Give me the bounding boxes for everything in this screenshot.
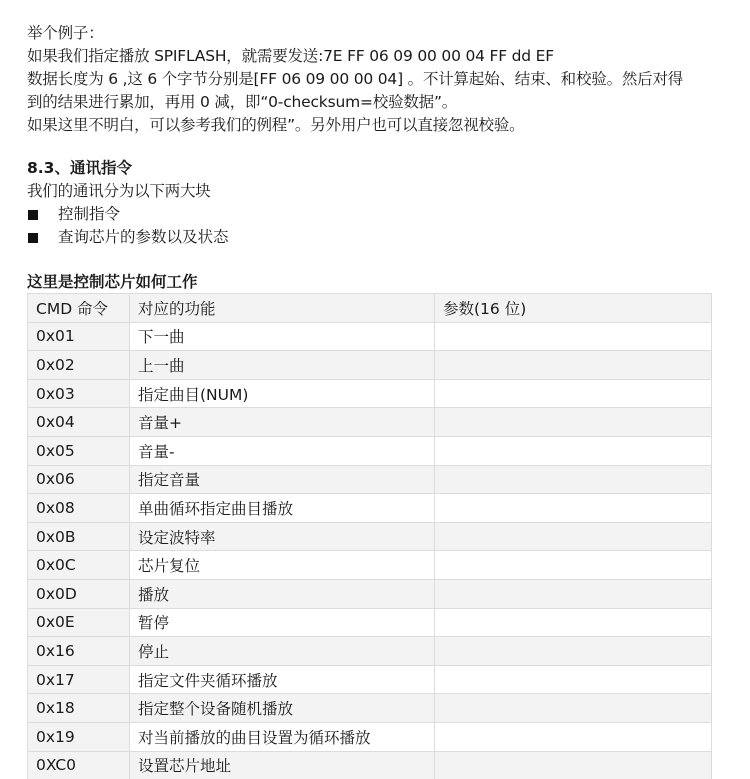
param-cell — [435, 665, 712, 694]
bullet-text: 控制指令 — [58, 203, 120, 226]
table-row: 0x01下一曲 — [28, 322, 712, 351]
table-row: 0x18指定整个设备随机播放 — [28, 694, 712, 723]
function-cell: 音量+ — [130, 408, 435, 437]
table-row: 0XC0设置芯片地址 — [28, 751, 712, 779]
param-cell — [435, 637, 712, 666]
bullet-item: 查询芯片的参数以及状态 — [27, 226, 737, 249]
table-row: 0x17指定文件夹循环播放 — [28, 665, 712, 694]
function-cell: 指定曲目(NUM) — [130, 379, 435, 408]
function-cell: 播放 — [130, 579, 435, 608]
function-cell: 指定整个设备随机播放 — [130, 694, 435, 723]
header-function: 对应的功能 — [130, 294, 435, 323]
param-cell — [435, 379, 712, 408]
function-cell: 下一曲 — [130, 322, 435, 351]
square-bullet-icon — [28, 210, 38, 220]
table-row: 0x0D播放 — [28, 579, 712, 608]
document-page: 举个例子： 如果我们指定播放 SPIFLASH，就需要发送:7E FF 06 0… — [27, 22, 737, 779]
cmd-cell: 0x0E — [28, 608, 130, 637]
table-header-row: CMD 命令 对应的功能 参数(16 位) — [28, 294, 712, 323]
param-cell — [435, 322, 712, 351]
function-cell: 音量- — [130, 436, 435, 465]
table-row: 0x04音量+ — [28, 408, 712, 437]
param-cell — [435, 551, 712, 580]
example-line-2: 数据长度为 6 ,这 6 个字节分别是[FF 06 09 00 00 04] 。… — [27, 68, 737, 91]
cmd-cell: 0x05 — [28, 436, 130, 465]
example-line-4: 如果这里不明白，可以参考我们的例程”。另外用户也可以直接忽视校验。 — [27, 114, 737, 137]
function-cell: 上一曲 — [130, 351, 435, 380]
table-row: 0x06指定音量 — [28, 465, 712, 494]
table-row: 0x05音量- — [28, 436, 712, 465]
example-line-1: 如果我们指定播放 SPIFLASH，就需要发送:7E FF 06 09 00 0… — [27, 45, 737, 68]
example-label: 举个例子： — [27, 22, 737, 45]
param-cell — [435, 751, 712, 779]
cmd-cell: 0x16 — [28, 637, 130, 666]
table-row: 0x02上一曲 — [28, 351, 712, 380]
param-cell — [435, 722, 712, 751]
section-description: 我们的通讯分为以下两大块 — [27, 180, 737, 203]
function-cell: 停止 — [130, 637, 435, 666]
function-cell: 设定波特率 — [130, 522, 435, 551]
cmd-cell: 0x02 — [28, 351, 130, 380]
table-row: 0x0E暂停 — [28, 608, 712, 637]
table-row: 0x19对当前播放的曲目设置为循环播放 — [28, 722, 712, 751]
table-row: 0x0B设定波特率 — [28, 522, 712, 551]
cmd-cell: 0x0B — [28, 522, 130, 551]
function-cell: 指定音量 — [130, 465, 435, 494]
bullet-item: 控制指令 — [27, 203, 737, 226]
cmd-cell: 0x17 — [28, 665, 130, 694]
param-cell — [435, 465, 712, 494]
cmd-cell: 0x0D — [28, 579, 130, 608]
header-param: 参数(16 位) — [435, 294, 712, 323]
section-heading: 8.3、通讯指令 — [27, 157, 737, 180]
function-cell: 指定文件夹循环播放 — [130, 665, 435, 694]
cmd-cell: 0x01 — [28, 322, 130, 351]
example-line-3: 到的结果进行累加，再用 0 减，即“0-checksum=校验数据”。 — [27, 91, 737, 114]
function-cell: 暂停 — [130, 608, 435, 637]
param-cell — [435, 694, 712, 723]
table-row: 0x08单曲循环指定曲目播放 — [28, 494, 712, 523]
table-row: 0x03指定曲目(NUM) — [28, 379, 712, 408]
cmd-cell: 0x04 — [28, 408, 130, 437]
function-cell: 芯片复位 — [130, 551, 435, 580]
cmd-cell: 0x0C — [28, 551, 130, 580]
param-cell — [435, 522, 712, 551]
function-cell: 对当前播放的曲目设置为循环播放 — [130, 722, 435, 751]
square-bullet-icon — [28, 233, 38, 243]
table-title: 这里是控制芯片如何工作 — [27, 271, 737, 293]
function-cell: 单曲循环指定曲目播放 — [130, 494, 435, 523]
cmd-cell: 0XC0 — [28, 751, 130, 779]
param-cell — [435, 436, 712, 465]
function-cell: 设置芯片地址 — [130, 751, 435, 779]
cmd-cell: 0x03 — [28, 379, 130, 408]
bullet-text: 查询芯片的参数以及状态 — [58, 226, 229, 249]
param-cell — [435, 608, 712, 637]
header-cmd: CMD 命令 — [28, 294, 130, 323]
param-cell — [435, 579, 712, 608]
cmd-cell: 0x08 — [28, 494, 130, 523]
param-cell — [435, 408, 712, 437]
cmd-cell: 0x06 — [28, 465, 130, 494]
table-row: 0x16停止 — [28, 637, 712, 666]
table-row: 0x0C芯片复位 — [28, 551, 712, 580]
param-cell — [435, 351, 712, 380]
command-table: CMD 命令 对应的功能 参数(16 位) 0x01下一曲0x02上一曲0x03… — [27, 293, 712, 779]
cmd-cell: 0x18 — [28, 694, 130, 723]
cmd-cell: 0x19 — [28, 722, 130, 751]
param-cell — [435, 494, 712, 523]
